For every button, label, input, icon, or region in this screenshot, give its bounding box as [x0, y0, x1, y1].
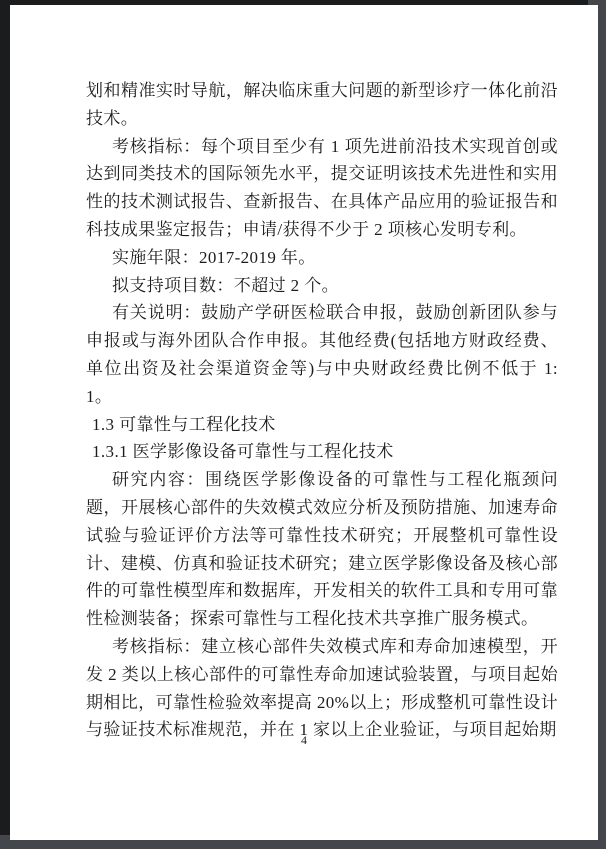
page-number: 4	[10, 733, 598, 748]
paragraph-continuation: 划和精准实时导航，解决临床重大问题的新型诊疗一体化前沿技术。	[86, 77, 558, 133]
paragraph-research-content: 研究内容：围绕医学影像设备的可靠性与工程化瓶颈问题，开展核心部件的失效模式效应分…	[86, 466, 558, 633]
document-page: 划和精准实时导航，解决临床重大问题的新型诊疗一体化前沿技术。 考核指标：每个项目…	[10, 5, 598, 840]
paragraph-related-notes: 有关说明：鼓励产学研医检联合申报，鼓励创新团队参与申报或与海外团队合作申报。其他…	[86, 299, 558, 410]
document-text-block: 划和精准实时导航，解决临床重大问题的新型诊疗一体化前沿技术。 考核指标：每个项目…	[86, 77, 558, 744]
section-heading-1-3: 1.3 可靠性与工程化技术	[86, 411, 558, 439]
paragraph-assessment-indicators-2: 考核指标：建立核心部件失效模式库和寿命加速模型，开发 2 类以上核心部件的可靠性…	[86, 633, 558, 744]
paragraph-assessment-indicators-1: 考核指标：每个项目至少有 1 项先进前沿技术实现首创或达到同类技术的国际领先水平…	[86, 133, 558, 244]
paragraph-implementation-period: 实施年限：2017-2019 年。	[86, 244, 558, 272]
paragraph-supported-projects-count: 拟支持项目数：不超过 2 个。	[86, 272, 558, 300]
section-heading-1-3-1: 1.3.1 医学影像设备可靠性与工程化技术	[86, 438, 558, 466]
